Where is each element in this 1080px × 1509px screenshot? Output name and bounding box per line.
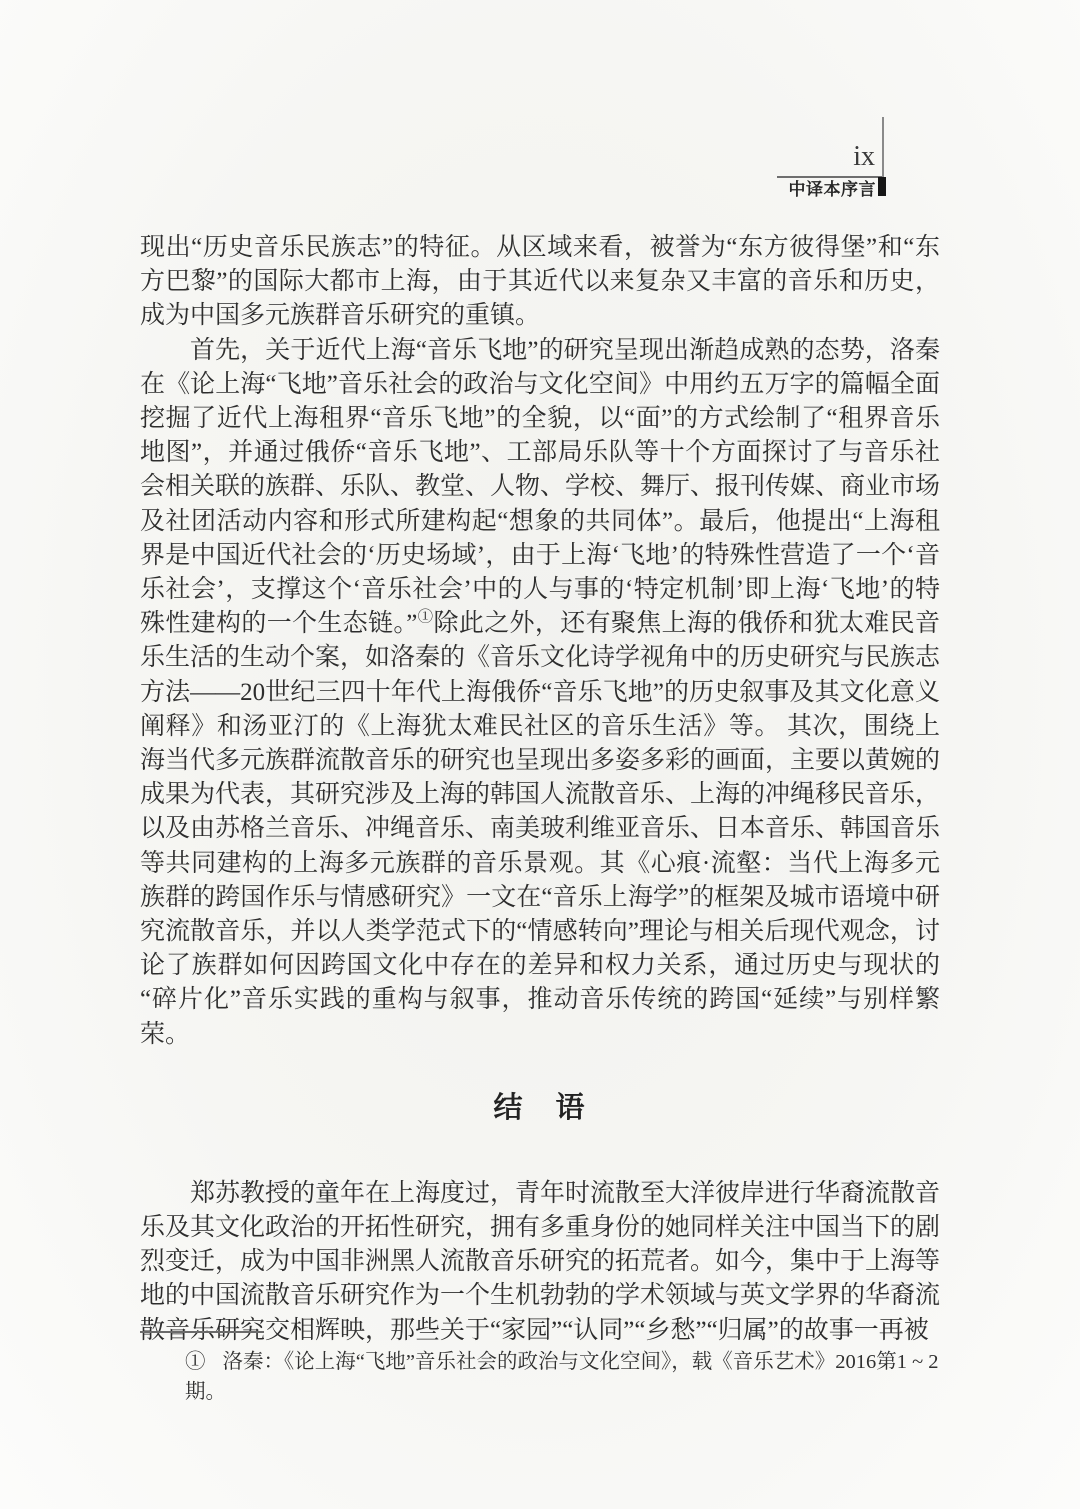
body-text: 现出“历史音乐民族志”的特征。从区域来看，被誉为“东方彼得堡”和“东方巴黎”的国… — [140, 231, 940, 1348]
paragraph: 现出“历史音乐民族志”的特征。从区域来看，被誉为“东方彼得堡”和“东方巴黎”的国… — [140, 231, 940, 334]
running-head-title: 中译本序言 — [775, 180, 876, 199]
paragraph: 首先，关于近代上海“音乐飞地”的研究呈现出渐趋成熟的态势，洛秦在《论上海“飞地”… — [140, 334, 940, 1052]
header-horizontal-rule — [777, 176, 883, 178]
footnote: ①洛秦：《论上海“飞地”音乐社会的政治与文化空间》，载《音乐艺术》2016第1 … — [140, 1347, 940, 1407]
header-vertical-rule — [882, 117, 884, 177]
footnote-ref: ① — [417, 609, 433, 626]
page-number: ix — [775, 142, 875, 172]
footnote-area: ①洛秦：《论上海“飞地”音乐社会的政治与文化空间》，载《音乐艺术》2016第1 … — [140, 1331, 940, 1407]
header-tab-marker — [878, 177, 886, 196]
footnote-text: 洛秦：《论上海“飞地”音乐社会的政治与文化空间》，载《音乐艺术》2016第1 ~… — [185, 1351, 939, 1403]
section-heading: 结 语 — [140, 1091, 940, 1125]
paragraph: 郑苏教授的童年在上海度过，青年时流散至大洋彼岸进行华裔流散音乐及其文化政治的开拓… — [140, 1177, 940, 1348]
footnote-separator-rule — [140, 1331, 264, 1333]
book-page: ix 中译本序言 现出“历史音乐民族志”的特征。从区域来看，被誉为“东方彼得堡”… — [0, 0, 1080, 1509]
footnote-marker: ① — [185, 1351, 206, 1373]
